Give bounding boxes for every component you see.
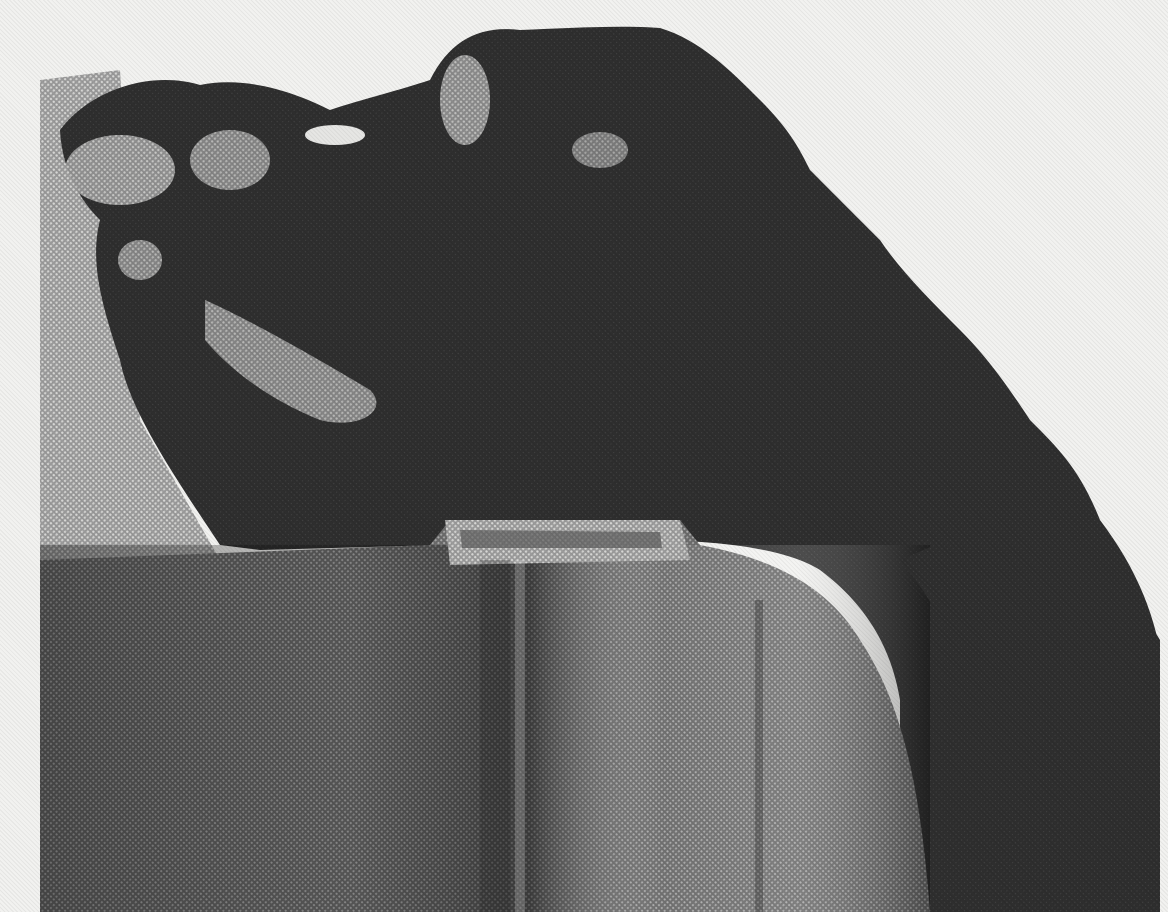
highlight-patch xyxy=(572,132,628,168)
highlight-patch xyxy=(118,240,162,280)
pillar-rim-inner xyxy=(460,530,662,548)
pillar-streak xyxy=(480,560,510,912)
highlight-patch xyxy=(190,130,270,190)
pillar-streak xyxy=(755,600,763,912)
photo-shapes xyxy=(0,0,1168,912)
pillar-streak xyxy=(515,560,525,912)
halftone-photograph xyxy=(0,0,1168,912)
highlight-patch xyxy=(305,125,365,145)
highlight-patch xyxy=(65,135,175,205)
highlight-patch xyxy=(440,55,490,145)
